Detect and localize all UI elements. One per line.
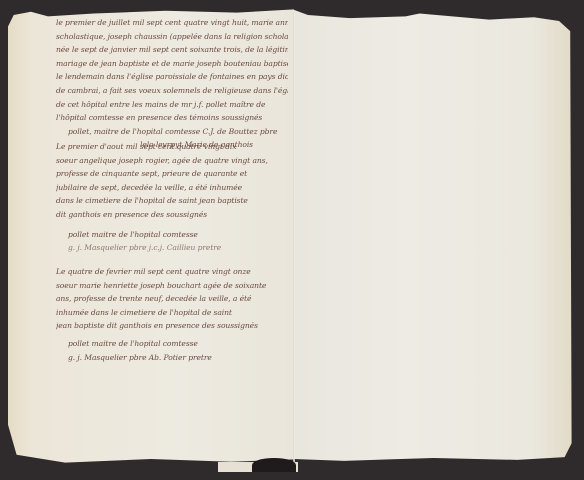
entry-line: née le sept de janvier mil sept cent soi…: [56, 43, 288, 57]
entry-line: jean baptiste dit ganthois en presence d…: [56, 319, 288, 333]
entry-line: soeur marie henriette joseph bouchart ag…: [56, 279, 288, 293]
tear-hole: [252, 458, 296, 472]
entry-line: scholastique, joseph chaussin (appelée d…: [56, 30, 288, 44]
right-page-blank: [294, 8, 573, 471]
entry-line: Le premier d'aout mil sept cent quatre v…: [56, 140, 288, 154]
signature-line: pollet maitre de l'hopital comtesse: [56, 228, 288, 242]
entry-line: professe de cinquante sept, prieure de q…: [56, 167, 288, 181]
entry-1: le premier de juillet mil sept cent quat…: [56, 16, 288, 152]
signature-line: pollet maitre de l'hopital comtesse: [56, 337, 288, 351]
signature-line: pollet, maitre de l'hopital comtesse C.J…: [56, 125, 288, 139]
entry-line: dit ganthois en presence des soussignés: [56, 208, 288, 222]
entry-line: dans le cimetiere de l'hopital de saint …: [56, 194, 288, 208]
signature-line: g. j. Masquelier pbre j.c.j. Caillieu pr…: [56, 241, 288, 255]
entry-line: mariage de jean baptiste et de marie jos…: [56, 57, 288, 71]
entry-line: de cet hôpital entre les mains de mr j.f…: [56, 98, 288, 112]
entry-line: Le quatre de fevrier mil sept cent quatr…: [56, 265, 288, 279]
entry-line: ans, professe de trente neuf, decedée la…: [56, 292, 288, 306]
entry-line: de cambrai, a fait ses voeux solemnels d…: [56, 84, 288, 98]
entry-2: Le premier d'aout mil sept cent quatre v…: [56, 140, 288, 255]
entry-3: Le quatre de fevrier mil sept cent quatr…: [56, 265, 288, 364]
entry-line: le premier de juillet mil sept cent quat…: [56, 16, 288, 30]
entry-line: inhumée dans le cimetiere de l'hopital d…: [56, 306, 288, 320]
entry-line: l'hôpital comtesse en presence des témoi…: [56, 111, 288, 125]
entry-line: jubilaire de sept, decedée la veille, a …: [56, 181, 288, 195]
entry-line: soeur angelique joseph rogier, agée de q…: [56, 154, 288, 168]
signature-line: g. j. Masquelier pbre Ab. Potier pretre: [56, 351, 288, 365]
entry-line: le lendemain dans l'église paroissiale d…: [56, 70, 288, 84]
page-fold: [293, 12, 295, 468]
